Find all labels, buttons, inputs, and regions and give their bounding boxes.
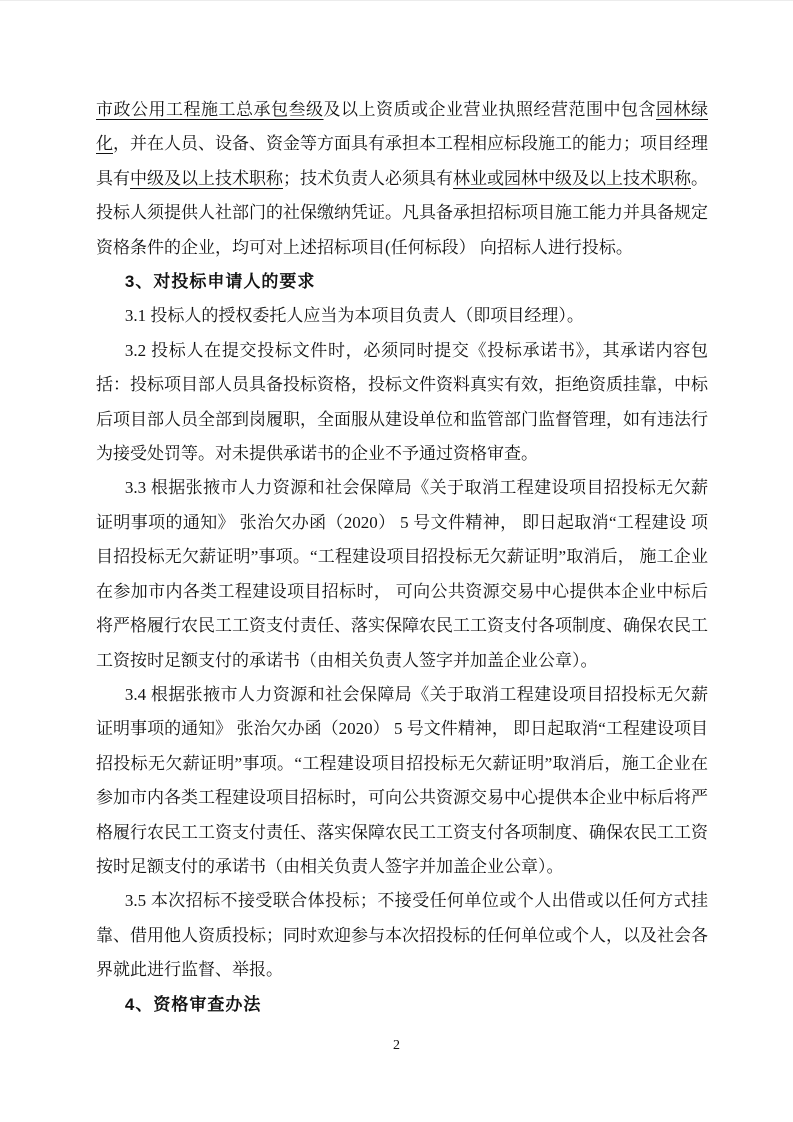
document-page: 市政公用工程施工总承包叁级及以上资质或企业营业执照经营范围中包含园林绿化，并在人… [0,0,793,1122]
section-3-heading: 3、对投标申请人的要求 [96,265,708,299]
clause-3-1: 3.1 投标人的授权委托人应当为本项目负责人（即项目经理）。 [96,299,708,333]
section-4-heading: 4、资格审查办法 [96,988,708,1022]
document-body: 市政公用工程施工总承包叁级及以上资质或企业营业执照经营范围中包含园林绿化，并在人… [96,93,708,1022]
clause-3-2: 3.2 投标人在提交投标文件时，必须同时提交《投标承诺书》，其承诺内容包括：投标… [96,334,708,472]
page-number: 2 [0,1036,793,1056]
text-segment: 及以上资质或企业营业执照经营范围中包含 [324,100,657,119]
clause-3-3: 3.3 根据张掖市人力资源和社会保障局《关于取消工程建设项目招投标无欠薪证明事项… [96,471,708,677]
text-segment: ；技术负责人必须具有 [283,169,453,188]
underlined-text-segment: 林业或园林中级及以上技术职称 [453,169,691,188]
underlined-text-segment: 市政公用工程施工总承包叁级 [96,100,324,119]
underlined-text-segment: 中级及以上技术职称 [130,169,283,188]
clause-3-5: 3.5 本次招标不接受联合体投标；不接受任何单位或个人出借或以任何方式挂靠、借用… [96,884,708,987]
clause-3-4: 3.4 根据张掖市人力资源和社会保障局《关于取消工程建设项目招投标无欠薪证明事项… [96,678,708,884]
paragraph-qualification-continued: 市政公用工程施工总承包叁级及以上资质或企业营业执照经营范围中包含园林绿化，并在人… [96,93,708,265]
